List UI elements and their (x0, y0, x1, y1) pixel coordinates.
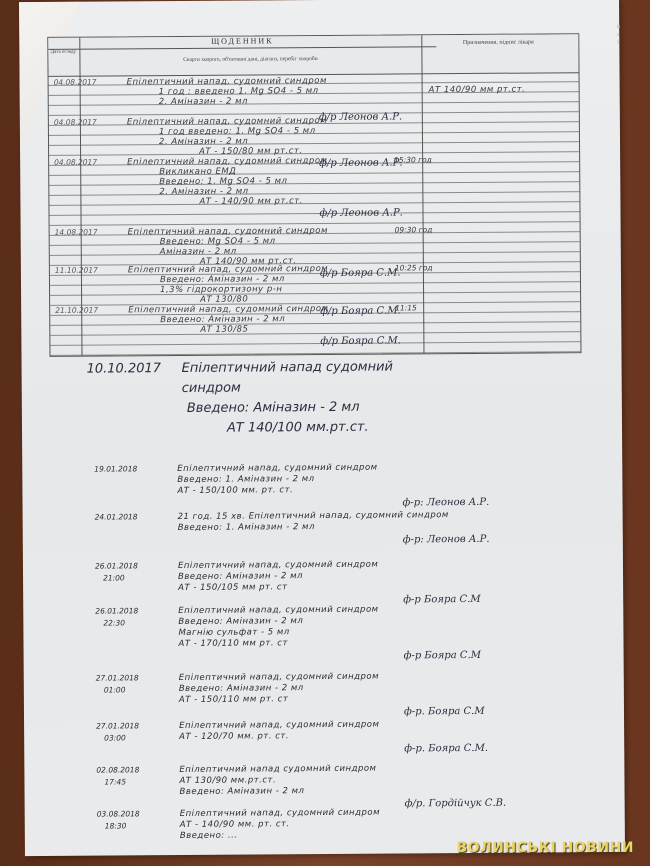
entry-time: 03:00 (104, 733, 126, 742)
form-header: ЩОДЕННИК Дата огляду Скарги хворого, об'… (48, 34, 578, 77)
entry-date: 27.01.2018 (96, 673, 139, 682)
doctor-signature: ф-р Бояра С.М (403, 594, 480, 606)
entry-line: АТ - 140/90 мм. рт. ст. (180, 819, 290, 830)
entry-line: 1,3% гідрокортизону р-н (160, 284, 282, 295)
entry-line: 2. Аміназин - 2 мл (159, 187, 248, 198)
entry-time: 11:15 (395, 303, 417, 312)
doctor-signature: ф/р Леонов А.Р. (319, 111, 402, 123)
entry-line: 21 год. 15 хв. Епілептичний напад, судом… (178, 510, 449, 522)
doctor-signature: ф/р Леонов А.Р. (319, 207, 402, 219)
entry-line: Введено: Mg SO4 - 5 мл (160, 236, 276, 247)
entry-date: 14.08.2017 (55, 228, 98, 237)
entry-line: Епілептичний напад, судомний синдром (179, 672, 379, 683)
entry-date: 19.01.2018 (94, 464, 137, 473)
entry-date: 03.08.2018 (97, 809, 140, 818)
column-header-date: Дата огляду (48, 50, 78, 55)
entry-bp: АТ 130/80 (200, 295, 248, 305)
entry-line: Введено: Аміназин - 2 мл (180, 786, 305, 797)
entry-bp: АТ 130/85 (200, 325, 248, 335)
entry-date: 04.08.2017 (54, 118, 97, 127)
entry-line: Введено: 1. Аміназин - 2 мл (178, 522, 315, 533)
entry-line: Епілептичний напад, судомний синдром (177, 463, 377, 474)
doctor-signature: ф-р. Бояра С.М. (404, 743, 488, 755)
entry-date: 27.01.2018 (96, 721, 139, 730)
entry-line: АТ 130/90 мм.рт.ст. (179, 775, 276, 786)
pencil-marks: п а \ (617, 23, 620, 47)
diary-form-table: ЩОДЕННИК Дата огляду Скарги хворого, об'… (47, 33, 581, 357)
entry-line: Епілептичний напад судомний синдром (179, 764, 376, 775)
entry-line: АТ - 170/110 мм рт. ст (178, 638, 287, 649)
doctor-signature: ф-р: Леонов А.Р. (402, 497, 489, 509)
entry-line: Епілептичний напад, судомний синдром (128, 304, 328, 315)
entry-line: Епілептичний напад, судомний синдром (178, 560, 378, 571)
doctor-signature: ф/р Бояра С.М. (320, 335, 401, 347)
entry-bp: АТ 140/100 мм.рт.ст. (227, 420, 369, 436)
doctor-signature: ф-р Бояра С.М (404, 650, 481, 662)
entry-date: 26.01.2018 (95, 606, 138, 615)
entry-date: 24.01.2018 (95, 512, 138, 521)
entry-bp: АТ 140/90 мм рт.ст. (429, 85, 526, 96)
doctor-signature: ф/р Леонов А.Р. (319, 157, 402, 169)
entry-line: Епілептичний напад, судомний синдром (179, 720, 379, 731)
form-title: ЩОДЕННИК (48, 35, 436, 50)
entry-date: 21.10.2017 (55, 306, 98, 315)
column-divider (421, 35, 424, 353)
entry-time: 17:45 (104, 777, 126, 786)
column-header-prescription: Призначення, підпис лікаря (423, 38, 573, 47)
doctor-signature: ф/р. Гордійчук С.В. (405, 798, 507, 810)
doctor-signature: ф/р Бояра С.М. (320, 305, 401, 317)
entry-time: 15:30 год (394, 155, 432, 164)
entry-line: Епілептичний напад, судомний синдром (178, 605, 378, 616)
doctor-signature: ф-р: Леонов А.Р. (403, 534, 490, 546)
doctor-signature: ф-р. Бояра С.М (404, 706, 485, 718)
entry-line: синдром (182, 381, 241, 396)
diary-sheet: п а \ ЩОДЕННИК Дата огляду Скарги хворог… (19, 0, 625, 856)
entry-line: Введено: Аміназин - 2 мл (179, 683, 304, 694)
entry-line: Введено: Аміназин - 2 мл (160, 314, 285, 325)
entry-time: 10:25 год (395, 263, 433, 272)
entry-line: Аміназин - 2 мл (160, 247, 237, 258)
entry-line: Епілептичний напад, судомний синдром (127, 156, 327, 167)
entry-line: Епілептичний напад, судомний синдром (128, 226, 328, 237)
entry-line: АТ - 150/100 мм. рт. ст. (177, 485, 293, 496)
entry-line: Введено: Аміназин - 2 мл (178, 616, 303, 627)
entry-line: Епілептичний напад, судомний синдром (180, 808, 380, 819)
entry-date: 02.08.2018 (96, 765, 139, 774)
column-header-complaints: Скарги хворого, об'єктивні дані, діагноз… (80, 55, 420, 63)
entry-line: 1 год : введено 1. Mg SO4 - 5 мл (159, 86, 319, 97)
entry-line: АТ - 150/105 мм рт. ст (178, 582, 287, 593)
entry-line: 1 год введено: 1. Mg SO4 - 5 мл (159, 126, 316, 137)
entry-line: Введено: Аміназин - 2 мл (187, 400, 360, 416)
entry-time: 01:00 (104, 685, 126, 694)
entry-time: 22:30 (103, 618, 125, 627)
entry-line: Магнію сульфат - 5 мл (178, 627, 289, 638)
entry-line: АТ - 150/110 мм рт. ст (179, 694, 288, 705)
entry-line: Викликано ЕМД (159, 167, 236, 178)
entry-date: 10.10.2017 (87, 361, 162, 377)
entry-line: АТ - 120/70 мм. рт. ст. (179, 731, 289, 742)
entry-date: 11.10.2017 (55, 266, 98, 275)
entry-line: Введено: 1. Аміназин - 2 мл (177, 474, 314, 485)
entry-line: Епілептичний напад судомний (182, 360, 394, 376)
entry-line: Епілептичний напад, судомний синдром (128, 264, 328, 275)
doctor-signature: ф/р Боярa С.М. (320, 267, 401, 279)
entry-date: 26.01.2018 (95, 561, 138, 570)
entry-date: 04.08.2017 (54, 158, 97, 167)
entry-bp: АТ - 140/90 мм рт.ст. (199, 196, 303, 207)
entry-line: Введено: Аміназин - 2 мл (178, 571, 303, 582)
entry-line: Введено: 1. Mg SO4 - 5 мл (159, 176, 287, 187)
entry-line: 2. Аміназин - 2 мл (159, 137, 248, 148)
entry-time: 21:00 (103, 573, 125, 582)
entry-time: 09:30 год (395, 225, 433, 234)
entry-time: 18:30 (105, 821, 127, 830)
entry-line: Введено: ... (180, 831, 238, 841)
entry-date: 04.08.2017 (54, 78, 97, 87)
watermark-logo: ВОЛИНСЬКІ НОВИНИ (456, 840, 634, 856)
entry-line: 2. Аміназин - 2 мл (159, 97, 248, 108)
